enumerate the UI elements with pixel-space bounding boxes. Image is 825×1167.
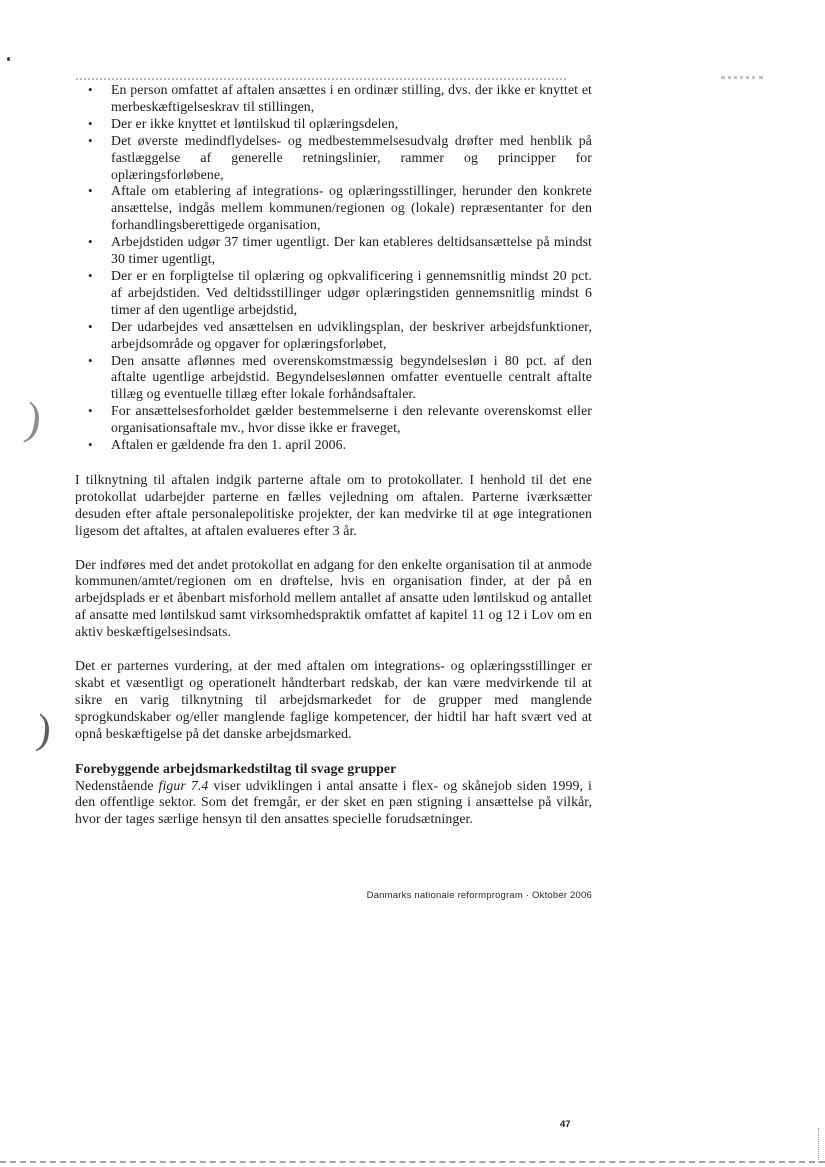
bullet-item: Det øverste medindflydelses- og medbeste… <box>111 133 592 184</box>
bullet-item: Der er ikke knyttet et løntilskud til op… <box>111 116 592 133</box>
scan-smudge-top-right <box>721 76 763 79</box>
bullet-item: Der udarbejdes ved ansættelsen en udvikl… <box>111 319 592 353</box>
scan-edge-line-bottom <box>0 1161 825 1163</box>
section-paragraph: Nedenstående figur 7.4 viser udviklingen… <box>75 778 592 829</box>
bullet-item: En person omfattet af aftalen ansættes i… <box>111 82 592 116</box>
bullet-item: Aftale om etablering af integrations- og… <box>111 183 592 234</box>
section-heading: Forebyggende arbejdsmarkedstiltag til sv… <box>75 761 592 778</box>
scan-edge-tick-right <box>818 1128 819 1162</box>
page-number: 47 <box>560 1119 571 1130</box>
body-paragraph: I tilknytning til aftalen indgik partern… <box>75 472 592 540</box>
scan-dotted-line-top <box>76 78 566 80</box>
scan-speck <box>7 57 10 61</box>
body-paragraph: Der indføres med det andet protokollat e… <box>75 557 592 642</box>
section-paragraph-lead: Nedenstående <box>75 778 159 793</box>
figure-reference: figur 7.4 <box>159 778 209 793</box>
bullet-item: For ansættelsesforholdet gælder bestemme… <box>111 403 592 437</box>
document-page: ) ) En person omfattet af aftalen ansætt… <box>0 0 825 1167</box>
bullet-item: Den ansatte aflønnes med overenskomstmæs… <box>111 353 592 404</box>
running-footer: Danmarks nationale reformprogram · Oktob… <box>367 890 592 901</box>
text-column: En person omfattet af aftalen ansættes i… <box>75 82 592 828</box>
handwritten-margin-mark-upper: ) <box>22 391 45 446</box>
bullet-item: Arbejdstiden udgør 37 timer ugentligt. D… <box>111 234 592 268</box>
bullet-list: En person omfattet af aftalen ansættes i… <box>75 82 592 454</box>
handwritten-margin-mark-lower: ) <box>35 705 54 754</box>
bullet-item: Aftalen er gældende fra den 1. april 200… <box>111 437 592 454</box>
body-paragraph: Det er parternes vurdering, at der med a… <box>75 658 592 743</box>
bullet-item: Der er en forpligtelse til oplæring og o… <box>111 268 592 319</box>
